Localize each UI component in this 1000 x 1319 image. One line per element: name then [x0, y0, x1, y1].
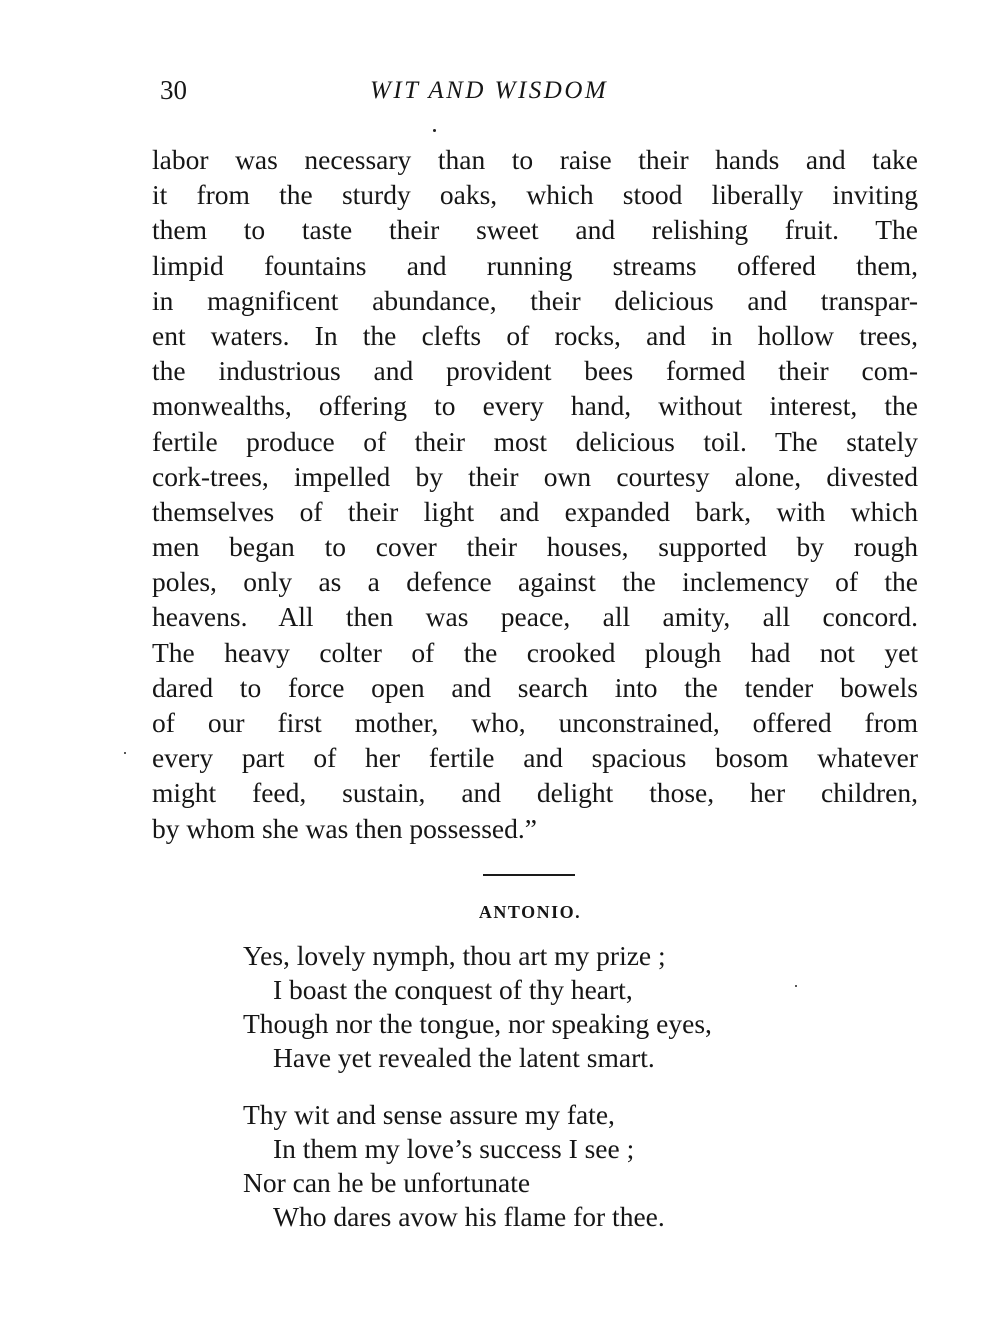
prose-line: of our first mother, who, unconstrained,…	[152, 705, 918, 740]
prose-line: poles, only as a defence against the inc…	[152, 564, 918, 599]
prose-line: in magnificent abundance, their deliciou…	[152, 283, 918, 318]
verse-line: Thy wit and sense assure my fate,	[243, 1098, 863, 1132]
prose-line: them to taste their sweet and relishing …	[152, 212, 918, 247]
print-speck	[124, 752, 126, 754]
prose-line: might feed, sustain, and delight those, …	[152, 775, 918, 810]
verse-line: In them my love’s success I see ;	[243, 1132, 863, 1166]
prose-line: every part of her fertile and spacious b…	[152, 740, 918, 775]
prose-line: it from the sturdy oaks, which stood lib…	[152, 177, 918, 212]
prose-line: the industrious and provident bees forme…	[152, 353, 918, 388]
prose-line: men began to cover their houses, support…	[152, 529, 918, 564]
print-speck	[433, 129, 436, 132]
section-divider	[483, 874, 575, 876]
prose-line: themselves of their light and expanded b…	[152, 494, 918, 529]
verse-line: I boast the conquest of thy heart,	[243, 973, 863, 1007]
verse-line: Who dares avow his flame for thee.	[243, 1200, 863, 1234]
prose-line: fertile produce of their most delicious …	[152, 424, 918, 459]
prose-line: limpid fountains and running streams off…	[152, 248, 918, 283]
poem-stanza: Thy wit and sense assure my fate, In the…	[243, 1098, 863, 1234]
prose-line: labor was necessary than to raise their …	[152, 142, 918, 177]
prose-paragraph: labor was necessary than to raise their …	[152, 142, 918, 846]
verse-line: Though nor the tongue, nor speaking eyes…	[243, 1007, 863, 1041]
prose-line: cork-trees, impelled by their own courte…	[152, 459, 918, 494]
prose-line: heavens. All then was peace, all amity, …	[152, 599, 918, 634]
prose-line: dared to force open and search into the …	[152, 670, 918, 705]
poem-title: ANTONIO.	[0, 902, 1000, 923]
prose-line: The heavy colter of the crooked plough h…	[152, 635, 918, 670]
prose-line: by whom she was then possessed.”	[152, 811, 918, 846]
poem-stanza: Yes, lovely nymph, thou art my prize ; I…	[243, 939, 863, 1075]
prose-line: monwealths, offering to every hand, with…	[152, 388, 918, 423]
running-head: WIT AND WISDOM	[370, 75, 608, 107]
page-number: 30	[160, 74, 187, 106]
verse-line: Have yet revealed the latent smart.	[243, 1041, 863, 1075]
verse-line: Nor can he be unfortunate	[243, 1166, 863, 1200]
prose-line: ent waters. In the clefts of rocks, and …	[152, 318, 918, 353]
verse-line: Yes, lovely nymph, thou art my prize ;	[243, 939, 863, 973]
